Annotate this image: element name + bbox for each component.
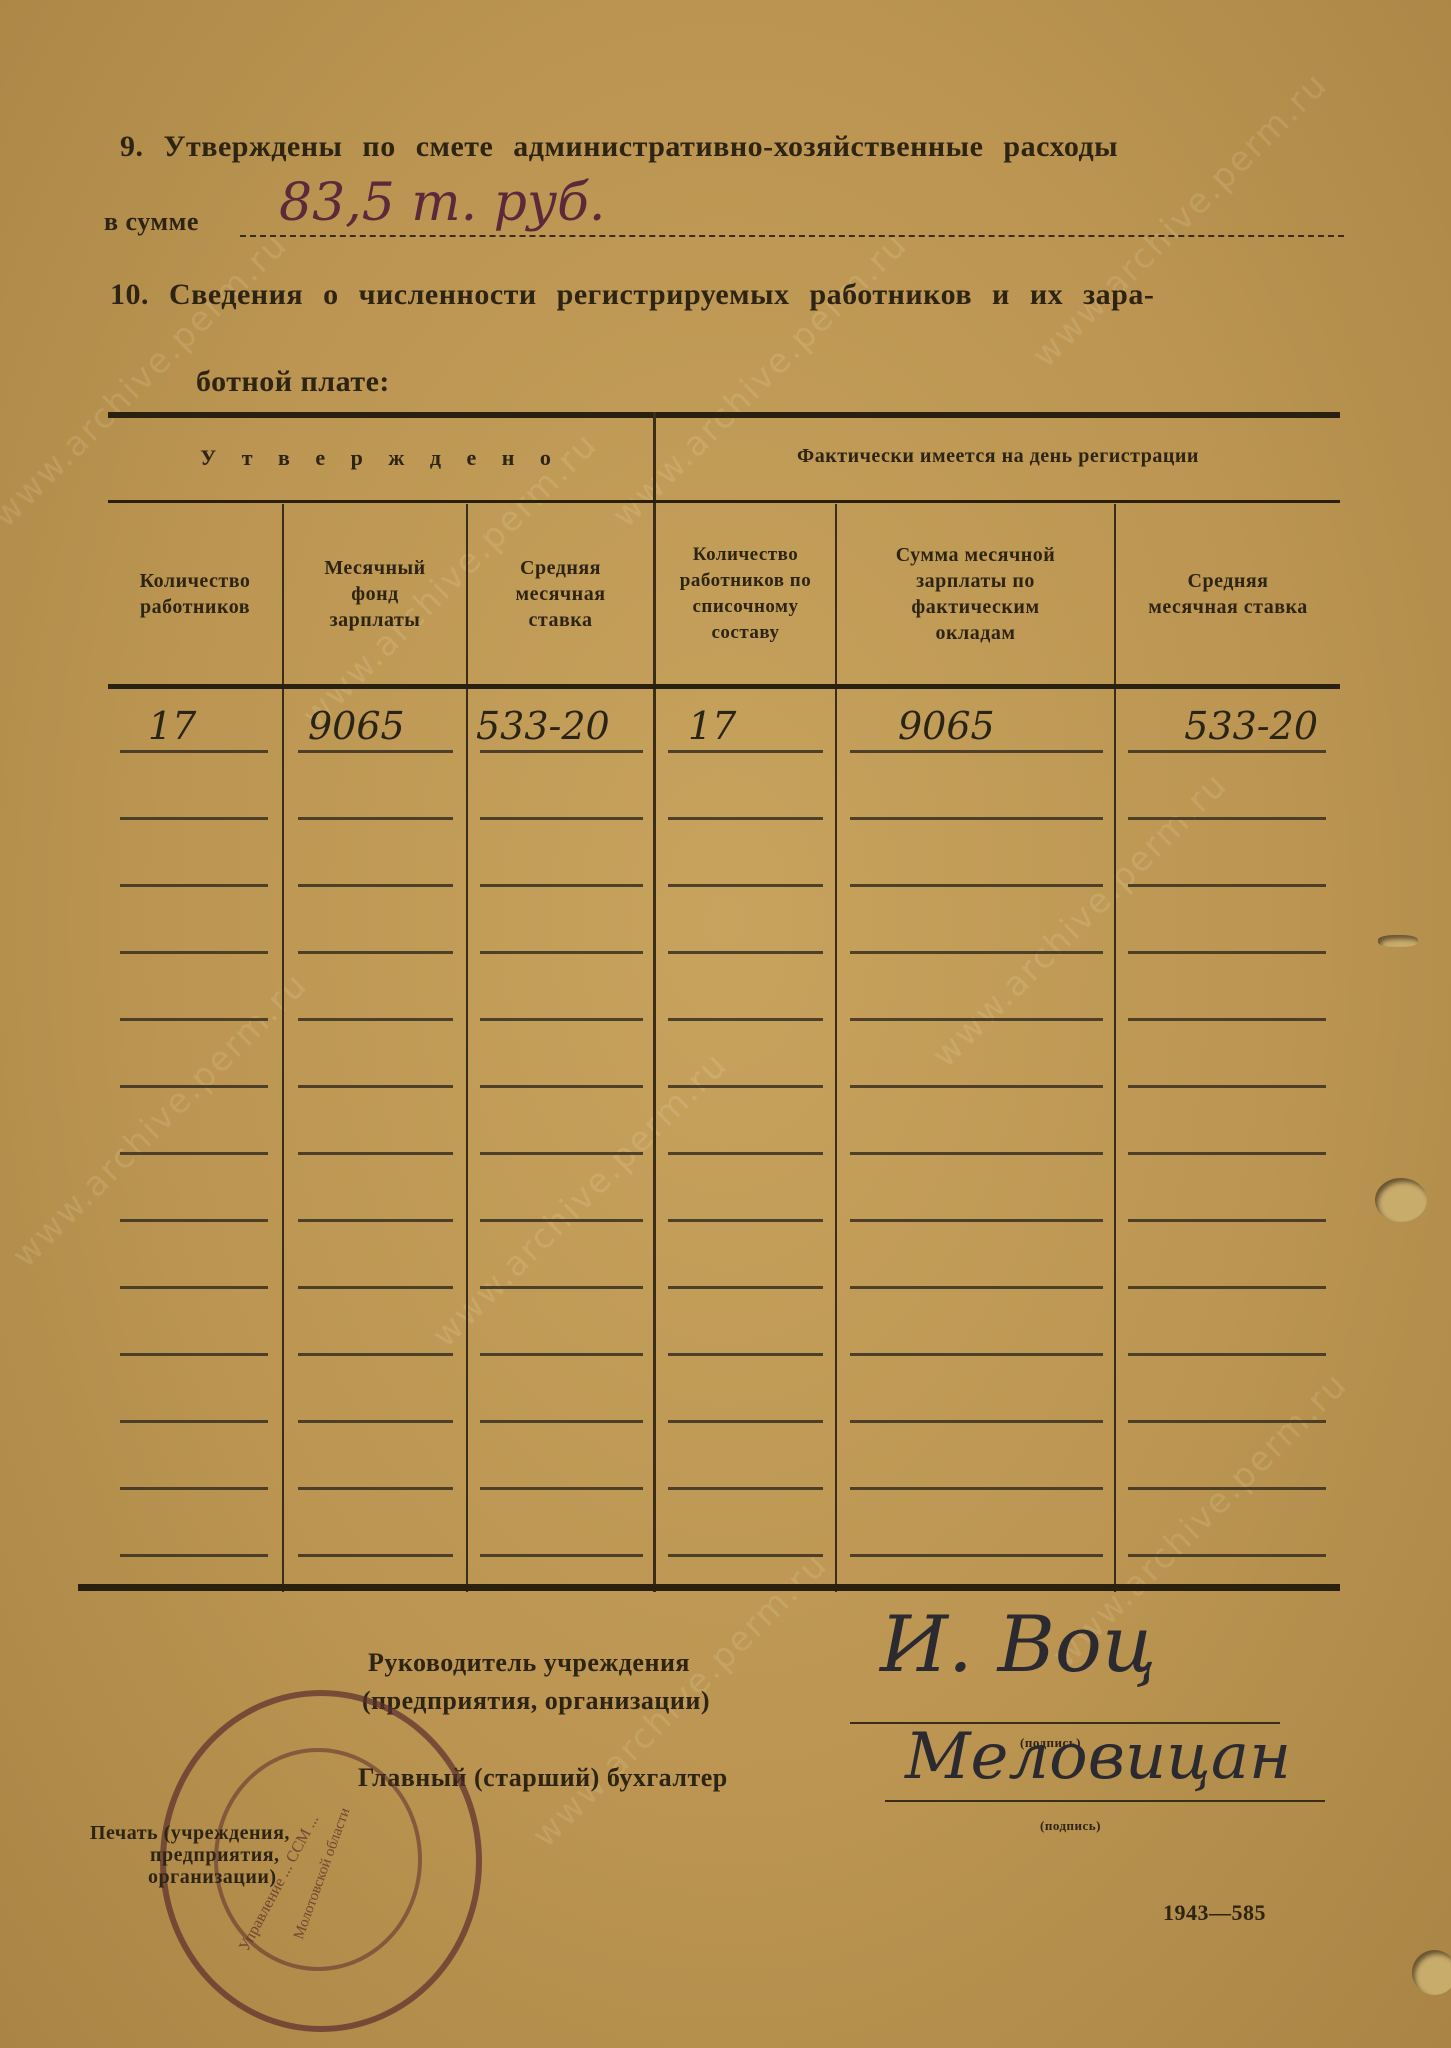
row-fill-line (120, 1554, 268, 1557)
row-fill-line (1128, 1487, 1326, 1490)
row-fill-line (120, 1085, 268, 1088)
cell-actual-count: 17 (688, 704, 736, 748)
row-fill-line (298, 750, 453, 753)
row-fill-line (668, 1085, 823, 1088)
accountant-signature-line (885, 1800, 1325, 1802)
cell-approved-count: 17 (148, 704, 196, 748)
row-fill-line (480, 1353, 643, 1356)
row-fill-line (480, 817, 643, 820)
header-bottom-border (108, 684, 1340, 689)
row-fill-line (668, 951, 823, 954)
row-fill-line (298, 951, 453, 954)
seal-label-2: предприятия, (90, 1844, 290, 1866)
accountant-signature-caption: (подпись) (1040, 1818, 1101, 1834)
row-fill-line (298, 1018, 453, 1021)
row-fill-line (120, 750, 268, 753)
row-fill-line (850, 1420, 1103, 1423)
seal-label-3: организации) (90, 1866, 290, 1888)
accountant-signature: Меловицан (905, 1720, 1291, 1794)
punch-hole (1412, 1950, 1451, 1995)
column-header: Количество работников (108, 504, 282, 684)
row-fill-line (850, 884, 1103, 887)
row-fill-line (480, 1018, 643, 1021)
row-fill-line (850, 1286, 1103, 1289)
row-fill-line (1128, 1286, 1326, 1289)
row-fill-line (850, 1487, 1103, 1490)
row-fill-line (668, 1487, 823, 1490)
row-fill-line (668, 1152, 823, 1155)
row-fill-line (298, 884, 453, 887)
row-fill-line (1128, 951, 1326, 954)
sum-label: в сумме (104, 207, 199, 237)
row-fill-line (298, 1219, 453, 1222)
row-fill-line (668, 1353, 823, 1356)
row-fill-line (668, 817, 823, 820)
row-fill-line (480, 1487, 643, 1490)
row-fill-line (1128, 1018, 1326, 1021)
head-label-2: (предприятия, организации) (362, 1686, 710, 1716)
seal-label: Печать (учреждения, предприятия, организ… (90, 1822, 290, 1888)
row-fill-line (850, 1353, 1103, 1356)
table-bottom-border (78, 1584, 1340, 1591)
row-fill-line (120, 1286, 268, 1289)
row-fill-line (1128, 1152, 1326, 1155)
item9-text: 9. Утверждены по смете административно-х… (120, 130, 1118, 164)
row-fill-line (298, 1554, 453, 1557)
row-fill-line (480, 1286, 643, 1289)
row-fill-line (480, 1420, 643, 1423)
item9-sum-row: в сумме 83,5 т. руб. (104, 195, 1344, 245)
form-code: 1943—585 (1163, 1900, 1266, 1926)
head-label-1: Руководитель учреждения (368, 1648, 690, 1678)
row-fill-line (298, 1353, 453, 1356)
row-fill-line (120, 884, 268, 887)
row-fill-line (668, 1286, 823, 1289)
row-fill-line (668, 1018, 823, 1021)
row-fill-line (298, 1487, 453, 1490)
row-fill-line (480, 951, 643, 954)
row-fill-line (1128, 1219, 1326, 1222)
row-fill-line (298, 1085, 453, 1088)
row-fill-line (850, 1219, 1103, 1222)
row-fill-line (298, 817, 453, 820)
row-fill-line (668, 1420, 823, 1423)
row-fill-line (120, 817, 268, 820)
row-fill-line (298, 1420, 453, 1423)
cell-actual-rate: 533-20 (1128, 704, 1318, 748)
head-signature: И. Воц (880, 1600, 1156, 1690)
item10-text: 10. Сведения о численности регистрируемы… (110, 278, 1154, 312)
row-fill-line (120, 1219, 268, 1222)
row-fill-line (1128, 750, 1326, 753)
column-header: Месячный фонд зарплаты (284, 504, 466, 684)
row-fill-line (120, 1487, 268, 1490)
group-actual-title: Фактически имеется на день регистрации (656, 445, 1340, 468)
cell-approved-fund: 9065 (308, 704, 405, 748)
punch-hole (1375, 1178, 1427, 1222)
row-fill-line (120, 1152, 268, 1155)
column-header: Средняя месячная ставка (1116, 504, 1340, 684)
column-header: Средняя месячная ставка (468, 504, 653, 684)
row-fill-line (850, 951, 1103, 954)
row-fill-line (480, 1219, 643, 1222)
row-fill-line (480, 884, 643, 887)
row-fill-line (480, 1152, 643, 1155)
row-fill-line (1128, 1554, 1326, 1557)
row-fill-line (850, 1152, 1103, 1155)
row-fill-line (1128, 817, 1326, 820)
sum-value: 83,5 т. руб. (279, 173, 605, 233)
row-fill-line (850, 1085, 1103, 1088)
row-fill-line (668, 1219, 823, 1222)
row-fill-line (850, 750, 1103, 753)
row-fill-line (480, 750, 643, 753)
row-fill-line (1128, 1353, 1326, 1356)
row-fill-line (120, 1420, 268, 1423)
staff-salary-table: У т в е р ж д е н о Фактически имеется н… (108, 412, 1340, 1592)
row-fill-line (120, 1018, 268, 1021)
row-fill-line (668, 1554, 823, 1557)
row-fill-line (120, 951, 268, 954)
table-top-border (108, 412, 1340, 418)
row-fill-line (480, 1085, 643, 1088)
row-fill-line (668, 884, 823, 887)
cell-actual-sum: 9065 (898, 704, 995, 748)
row-fill-line (1128, 1420, 1326, 1423)
subheader-line (108, 500, 1340, 503)
sum-underline (240, 235, 1344, 237)
row-fill-line (1128, 1085, 1326, 1088)
cell-approved-rate: 533-20 (476, 704, 610, 748)
item10-text-cont: ботной плате: (196, 365, 390, 399)
row-fill-line (850, 1554, 1103, 1557)
row-fill-line (298, 1152, 453, 1155)
row-fill-line (120, 1353, 268, 1356)
seal-label-1: Печать (учреждения, (90, 1822, 290, 1844)
row-fill-line (298, 1286, 453, 1289)
row-fill-line (850, 1018, 1103, 1021)
row-fill-line (480, 1554, 643, 1557)
column-header: Сумма месячной зарплаты по фактическим о… (837, 504, 1114, 684)
row-fill-line (1128, 884, 1326, 887)
row-fill-line (850, 817, 1103, 820)
group-approved-title: У т в е р ж д е н о (108, 445, 653, 471)
column-header: Количество работников по списочному сост… (656, 504, 835, 684)
edge-tear (1378, 935, 1418, 947)
document-page: www.archive.perm.ru www.archive.perm.ru … (0, 0, 1451, 2048)
row-fill-line (668, 750, 823, 753)
